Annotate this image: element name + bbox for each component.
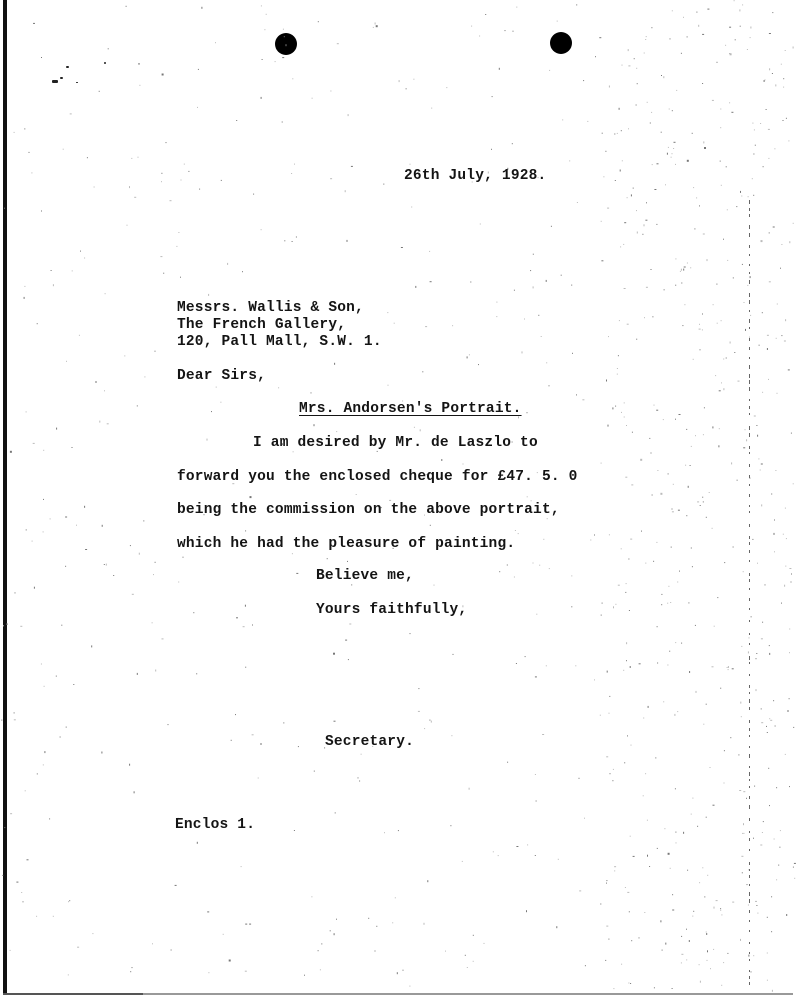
body-line-1: I am desired by Mr. de Laszlo to xyxy=(253,435,538,451)
signature-title: Secretary. xyxy=(325,734,414,750)
recipient-address-line-1: Messrs. Wallis & Son, xyxy=(177,300,364,316)
page-left-edge-shadow xyxy=(3,0,7,994)
punch-hole-left xyxy=(275,33,297,55)
body-line-4: which he had the pleasure of painting. xyxy=(177,536,515,552)
recipient-address-line-3: 120, Pall Mall, S.W. 1. xyxy=(177,334,382,350)
body-line-3: being the commission on the above portra… xyxy=(177,502,560,518)
closing-line-1: Believe me, xyxy=(316,568,414,584)
recipient-address-line-2: The French Gallery, xyxy=(177,317,346,333)
closing-line-2: Yours faithfully, xyxy=(316,602,467,618)
subject-line: Mrs. Andorsen's Portrait. xyxy=(299,401,522,417)
salutation: Dear Sirs, xyxy=(177,368,266,384)
letter-date: 26th July, 1928. xyxy=(404,168,546,184)
ink-speck-cluster xyxy=(48,60,108,90)
body-line-2: forward you the enclosed cheque for £47.… xyxy=(177,469,578,485)
scan-noise-overlay xyxy=(0,0,796,1000)
punch-hole-right xyxy=(550,32,572,54)
page-bottom-edge xyxy=(3,993,793,995)
scanned-letter-page: 26th July, 1928. Messrs. Wallis & Son, T… xyxy=(0,0,796,1000)
enclosure-note: Enclos 1. xyxy=(175,817,255,833)
